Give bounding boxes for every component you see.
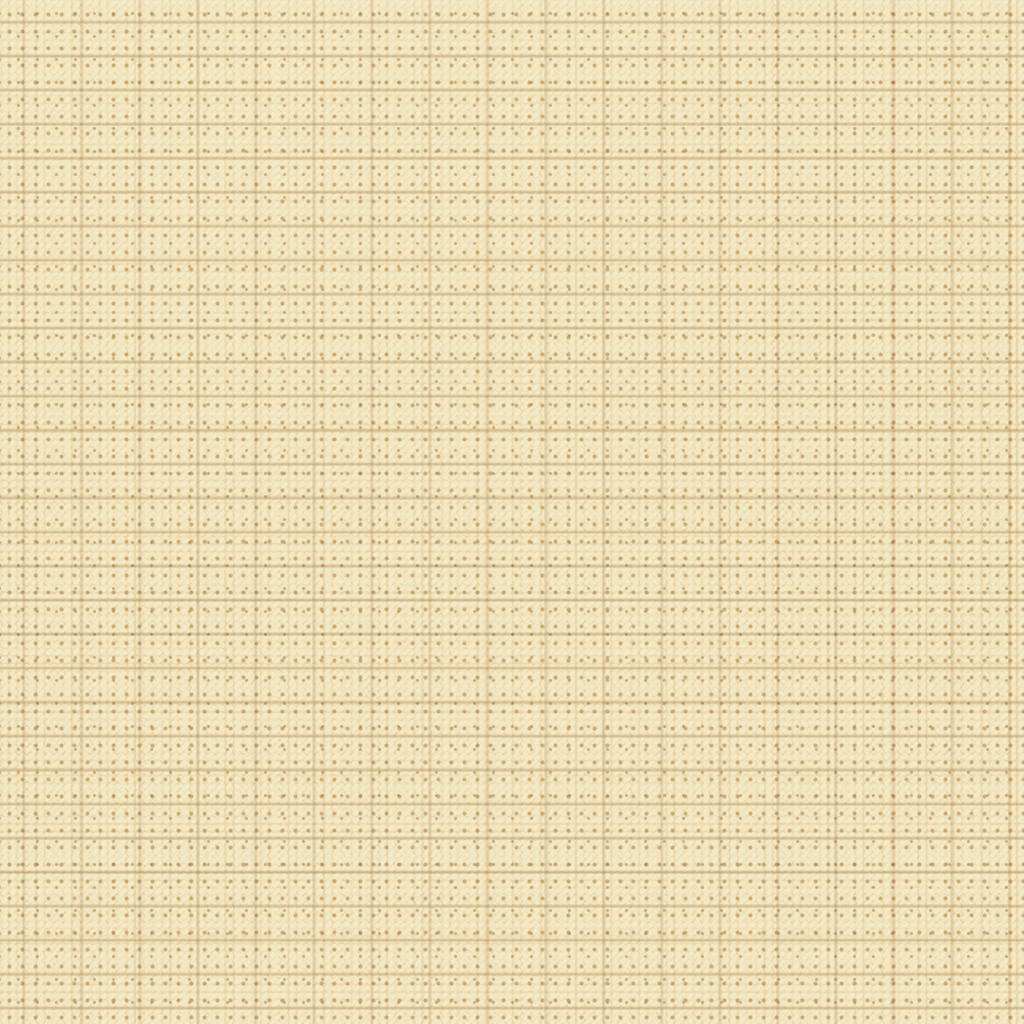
carpet-texture-image	[0, 0, 1024, 1024]
texture-grain-layer	[0, 0, 1024, 1024]
